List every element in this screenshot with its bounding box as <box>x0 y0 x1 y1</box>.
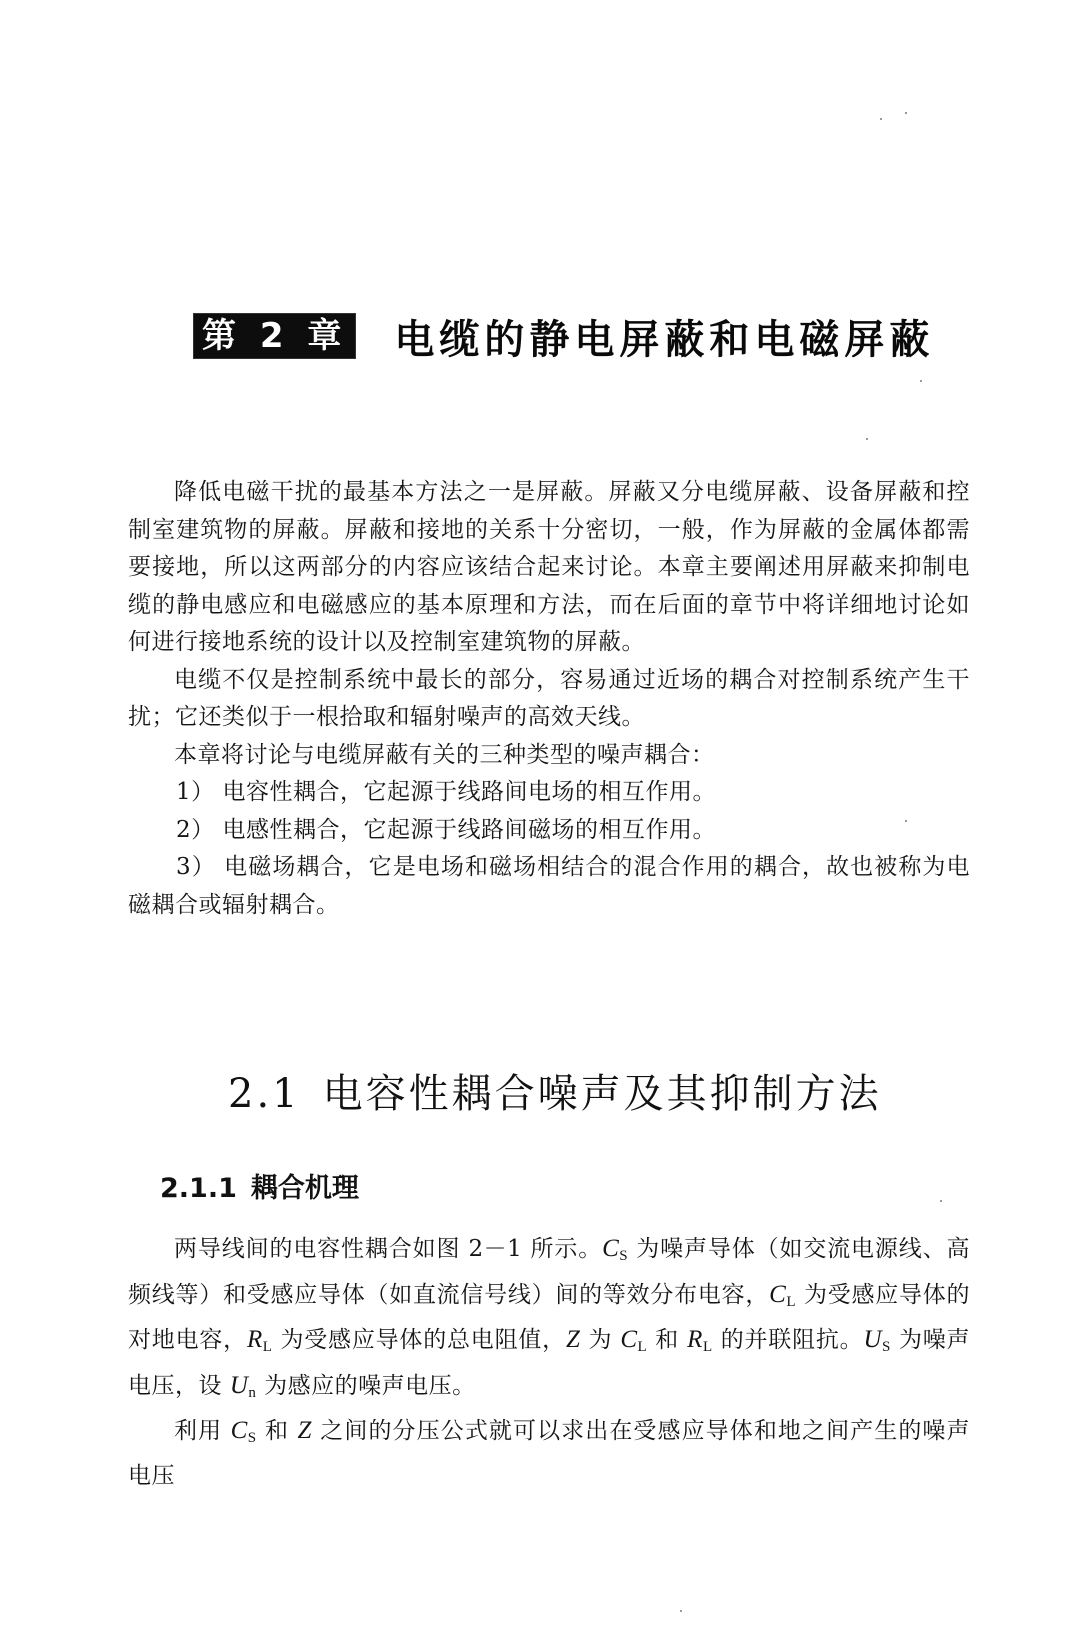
subsection-number: 2.1.1 <box>160 1173 237 1204</box>
section-heading: 2.1电容性耦合噪声及其抑制方法 <box>228 1062 882 1119</box>
scan-speck <box>940 1200 942 1202</box>
section-number: 2.1 <box>228 1071 301 1117</box>
text-run: 为受感应导体的总电阻值， <box>272 1327 566 1353</box>
subsection-title: 耦合机理 <box>251 1173 359 1204</box>
variable-z: Z <box>566 1326 580 1353</box>
variable-us: US <box>863 1326 890 1353</box>
variable-cs: CS <box>602 1235 628 1262</box>
document-page: 第 2 章 电缆的静电屏蔽和电磁屏蔽 降低电磁干扰的最基本方法之一是屏蔽。屏蔽又… <box>0 0 1080 1626</box>
scan-speck <box>905 820 907 822</box>
scan-speck <box>920 380 922 382</box>
scan-speck <box>866 438 868 440</box>
text-run: 利用 <box>174 1418 231 1444</box>
text-run: 的并联阻抗。 <box>713 1327 864 1353</box>
subsection-heading: 2.1.1耦合机理 <box>160 1166 359 1205</box>
variable-cl: CL <box>769 1281 796 1308</box>
mechanism-paragraph: 利用 CS 和 Z 之间的分压公式就可以求出在受感应导体和地之间产生的噪声电压 <box>128 1412 970 1495</box>
text-run: 为感应的噪声电压。 <box>256 1373 475 1399</box>
variable-un: Un <box>230 1372 257 1399</box>
variable-rl: RL <box>687 1326 712 1353</box>
chapter-number-badge: 第 2 章 <box>193 313 356 359</box>
chapter-heading: 第 2 章 电缆的静电屏蔽和电磁屏蔽 <box>193 312 934 360</box>
coupling-type-list-item: 2） 电感性耦合，它起源于线路间磁场的相互作用。 <box>128 812 970 850</box>
coupling-type-list-item: 1） 电容性耦合，它起源于线路间电场的相互作用。 <box>128 774 970 812</box>
intro-text: 降低电磁干扰的最基本方法之一是屏蔽。屏蔽又分电缆屏蔽、设备屏蔽和控制室建筑物的屏… <box>128 474 970 924</box>
section-title: 电容性耦合噪声及其抑制方法 <box>323 1071 882 1117</box>
variable-rl: RL <box>247 1326 272 1353</box>
text-run: 和 <box>647 1327 687 1353</box>
chapter-title: 电缆的静电屏蔽和电磁屏蔽 <box>394 308 934 365</box>
text-run: 为 <box>580 1327 620 1353</box>
mechanism-text: 两导线间的电容性耦合如图 2－1 所示。CS 为噪声导体（如交流电源线、高频线等… <box>128 1230 970 1495</box>
scan-speck <box>880 118 882 120</box>
intro-paragraph: 本章将讨论与电缆屏蔽有关的三种类型的噪声耦合： <box>128 737 970 775</box>
variable-cl: CL <box>620 1326 647 1353</box>
scan-speck <box>905 112 907 114</box>
intro-paragraph: 电缆不仅是控制系统中最长的部分，容易通过近场的耦合对控制系统产生干扰；它还类似于… <box>128 662 970 737</box>
variable-z: Z <box>298 1417 312 1444</box>
variable-cs: CS <box>231 1417 257 1444</box>
intro-paragraph: 降低电磁干扰的最基本方法之一是屏蔽。屏蔽又分电缆屏蔽、设备屏蔽和控制室建筑物的屏… <box>128 474 970 662</box>
text-run: 两导线间的电容性耦合如图 2－1 所示。 <box>174 1236 602 1262</box>
mechanism-paragraph: 两导线间的电容性耦合如图 2－1 所示。CS 为噪声导体（如交流电源线、高频线等… <box>128 1230 970 1412</box>
scan-speck <box>680 1610 682 1612</box>
coupling-type-list-item: 3） 电磁场耦合，它是电场和磁场相结合的混合作用的耦合，故也被称为电磁耦合或辐射… <box>128 849 970 924</box>
text-run: 和 <box>257 1418 298 1444</box>
